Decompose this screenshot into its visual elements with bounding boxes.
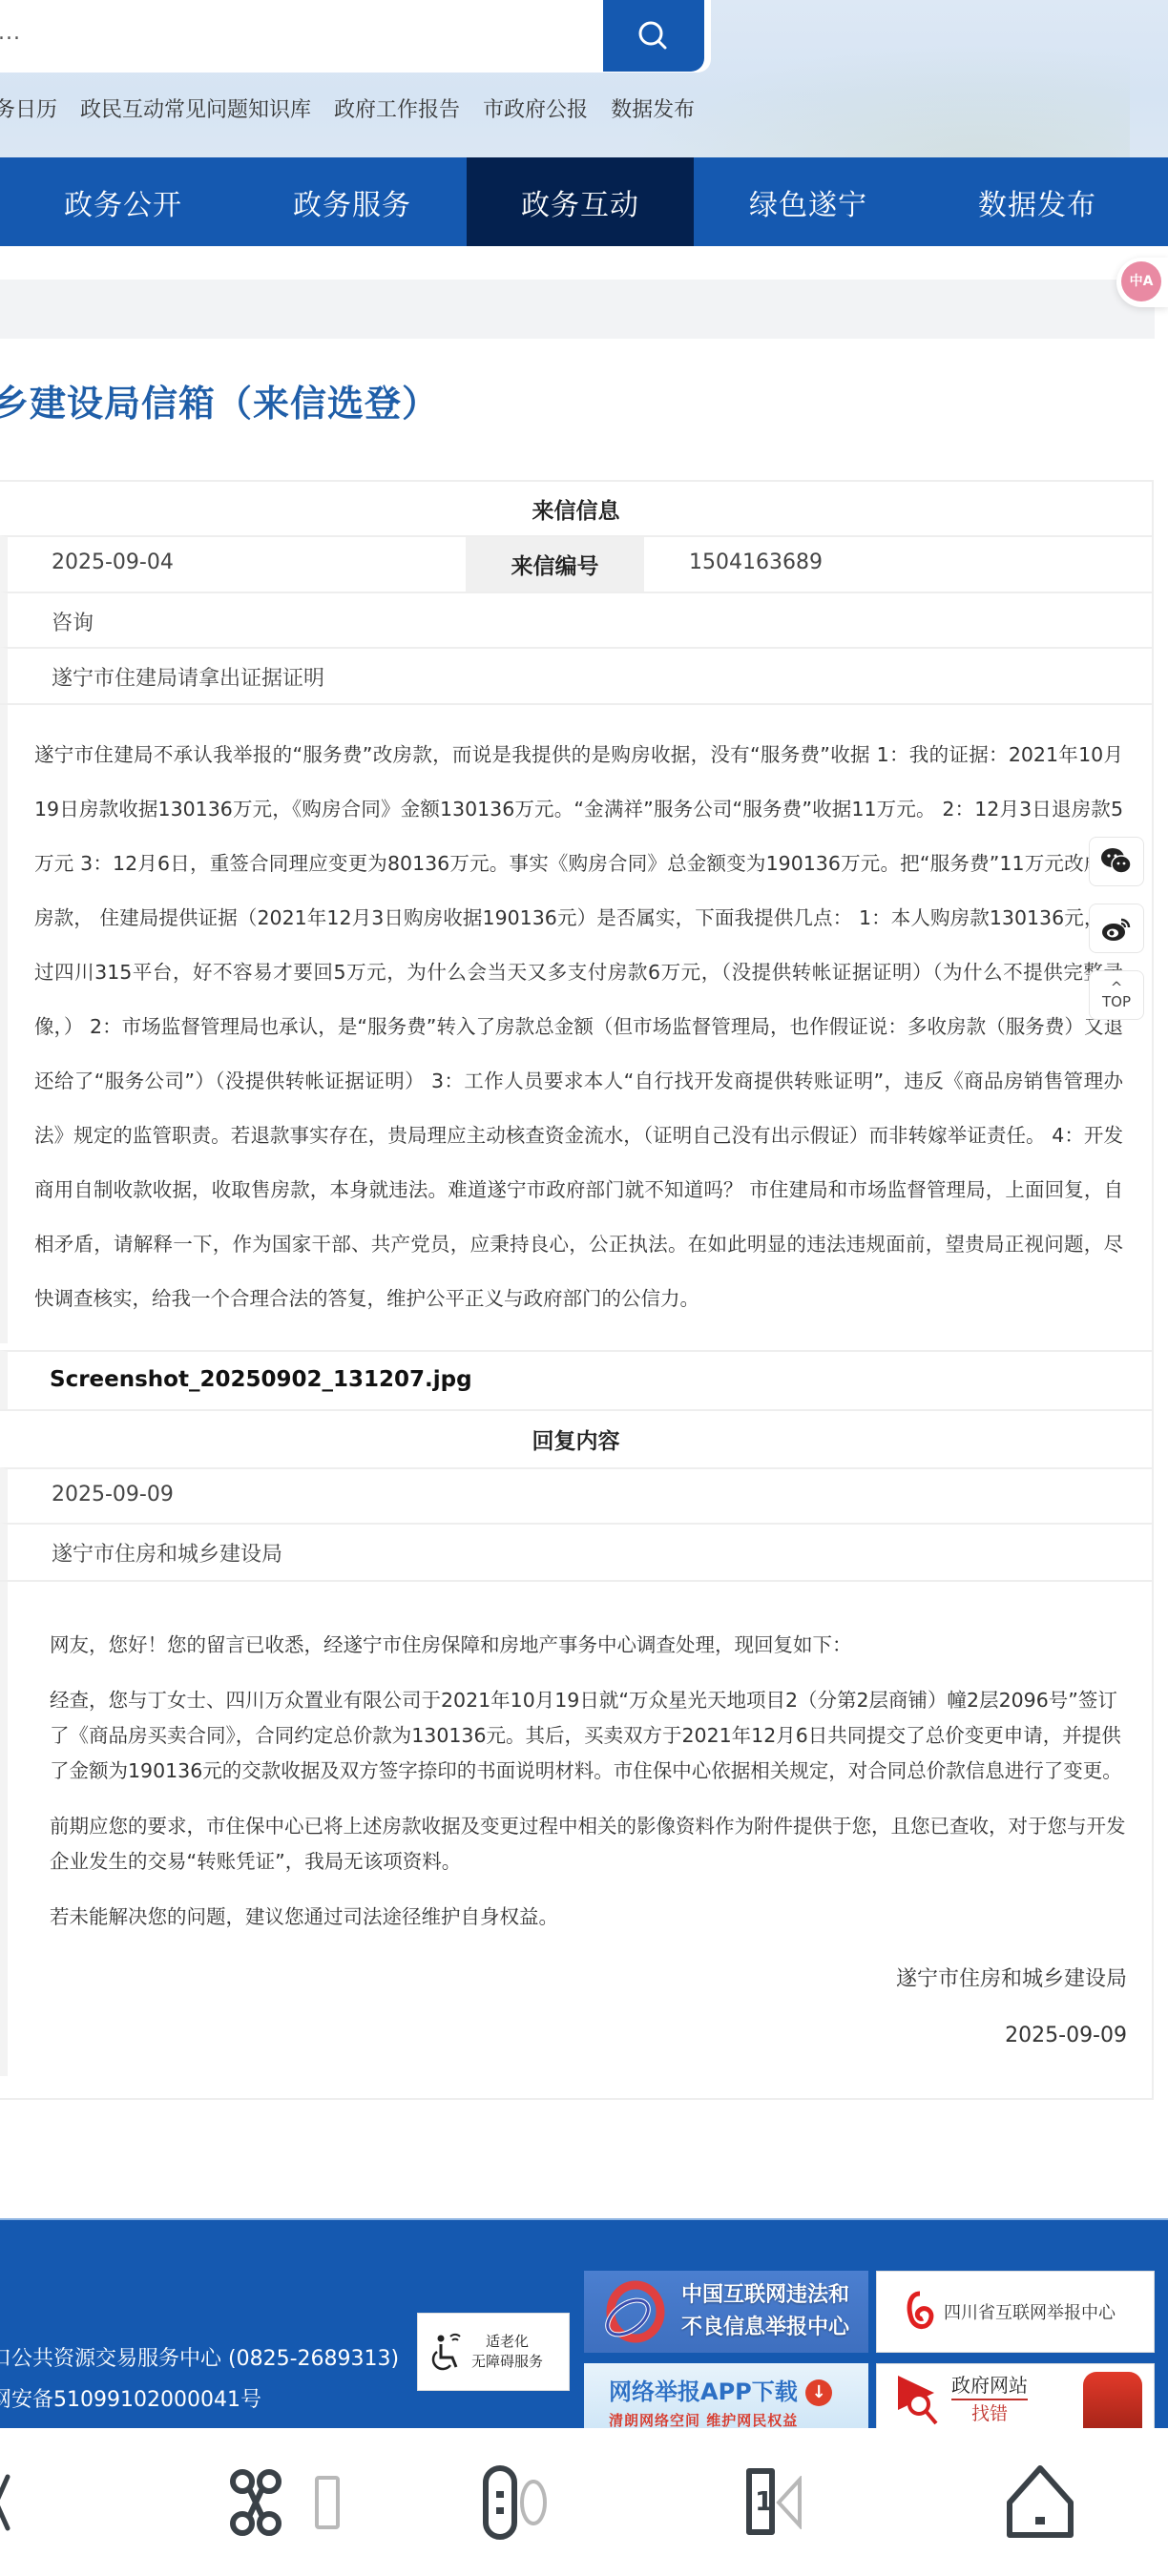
- sichuan-report-center-badge[interactable]: 四川省互联网举报中心: [876, 2271, 1155, 2353]
- letter-subject: 遂宁市住建局请拿出证据证明: [52, 662, 324, 692]
- footer-contact: 口公共资源交易服务中心 (0825-2689313): [0, 2342, 399, 2372]
- elder-accessibility-badge[interactable]: 适老化 无障碍服务: [417, 2313, 570, 2391]
- letter-content: 遂宁市住建局不承认我举报的“服务费”改房款，而说是我提供的是购房收据，没有“服务…: [0, 705, 1152, 1343]
- command-icon: [223, 2464, 357, 2541]
- share-wechat-button[interactable]: [1089, 837, 1144, 886]
- reply-section-header: 回复内容: [0, 1409, 1152, 1467]
- reply-date-row: 2025-09-09: [0, 1467, 1152, 1523]
- browser-bottom-bar: 1: [0, 2428, 1168, 2576]
- features-button[interactable]: [223, 2464, 357, 2541]
- home-button[interactable]: [1004, 2464, 1076, 2541]
- app-download-slogan: 清朗网络空间 维护网民权益: [609, 2410, 868, 2430]
- wheelchair-icon: [431, 2331, 464, 2373]
- letter-type-row: 咨询: [0, 592, 1152, 647]
- reply-org-row: 遂宁市住房和城乡建设局: [0, 1523, 1152, 1580]
- sichuan-report-label: 四川省互联网举报中心: [944, 2299, 1116, 2324]
- gov-site-title: 政府网站: [951, 2374, 1028, 2397]
- reply-paragraph: 经查，您与丁女士、四川万众置业有限公司于2021年10月19日就“万众星光天地项…: [50, 1683, 1127, 1789]
- reply-sign-date: 2025-09-09: [50, 2018, 1127, 2053]
- attachment-link[interactable]: Screenshot_20250902_131207.jpg: [50, 1367, 472, 1392]
- quick-link-calendar[interactable]: 务日历: [0, 93, 57, 123]
- letter-number-label: 来信编号: [466, 537, 644, 592]
- home-icon: [1004, 2464, 1076, 2541]
- chevron-left-icon: [0, 2469, 13, 2536]
- letter-subject-row: 遂宁市住建局请拿出证据证明: [0, 647, 1152, 703]
- page-title: 乡建设局信箱（来信选登）: [0, 374, 439, 426]
- china-report-line2: 不良信息举报中心: [681, 2312, 849, 2344]
- nav-tab-gov-service[interactable]: 政务服务: [238, 157, 467, 246]
- menu-button[interactable]: [482, 2464, 606, 2541]
- letter-content-row: 遂宁市住建局不承认我举报的“服务费”改房款，而说是我提供的是购房收据，没有“服务…: [0, 703, 1152, 1350]
- app-download-title: 网络举报APP下载: [609, 2379, 798, 2405]
- gov-site-error-report-badge[interactable]: 政府网站 找错 党政机关: [876, 2363, 1155, 2430]
- reply-content-row: 网友，您好！您的留言已收悉，经遂宁市住房保障和房地产事务中心调查处理，现回复如下…: [0, 1580, 1152, 2100]
- quick-link-gazette[interactable]: 市政府公报: [483, 93, 588, 123]
- triangle-back-icon: [775, 2476, 803, 2529]
- reply-paragraph: 网友，您好！您的留言已收悉，经遂宁市住房保障和房地产事务中心调查处理，现回复如下…: [50, 1628, 1127, 1663]
- reply-date: 2025-09-09: [52, 1483, 174, 1506]
- footer-icp: 网安备51099102000041号: [0, 2383, 261, 2413]
- report-app-download-badge[interactable]: 网络举报APP下载 ↓ 清朗网络空间 维护网民权益: [584, 2363, 868, 2430]
- nav-tab-green-suining[interactable]: 绿色遂宁: [694, 157, 923, 246]
- letter-table: 来信信息 2025-09-04 来信编号 1504163689 咨询 遂宁市住建…: [0, 480, 1154, 2100]
- weibo-icon: [1100, 914, 1133, 943]
- reply-content: 网友，您好！您的留言已收悉，经遂宁市住房保障和房地产事务中心调查处理，现回复如下…: [0, 1582, 1152, 2076]
- main-nav: 政务公开 政务服务 政务互动 绿色遂宁 数据发布: [0, 157, 1168, 246]
- magnifier-flag-icon: [896, 2372, 944, 2429]
- top-label: TOP: [1102, 995, 1131, 1009]
- reply-paragraph: 前期应您的要求，市住保中心已将上述房款收据及变更过程中相关的影像资料作为附件提供…: [50, 1809, 1127, 1880]
- china-report-line1: 中国互联网违法和: [681, 2279, 849, 2312]
- reply-org: 遂宁市住房和城乡建设局: [52, 1538, 282, 1568]
- nav-tab-gov-interaction[interactable]: 政务互动: [467, 157, 694, 246]
- gov-site-sub: 找错: [951, 2399, 1028, 2427]
- menu-icon: [482, 2464, 606, 2541]
- search-input[interactable]: ...: [0, 21, 21, 45]
- reply-section-title: 回复内容: [532, 1423, 620, 1455]
- letter-attachment-row: Screenshot_20250902_131207.jpg: [0, 1350, 1152, 1409]
- quick-link-faq[interactable]: 政民互动常见问题知识库: [80, 93, 311, 123]
- download-icon: ↓: [805, 2379, 832, 2406]
- letter-date: 2025-09-04: [52, 551, 174, 574]
- nav-tab-gov-open[interactable]: 政务公开: [9, 157, 238, 246]
- china-report-center-badge[interactable]: 中国互联网违法和 不良信息举报中心: [584, 2271, 868, 2353]
- reply-signature: 遂宁市住房和城乡建设局: [50, 1962, 1127, 1997]
- wechat-icon: [1100, 847, 1133, 876]
- elder-badge-line2: 无障碍服务: [471, 2352, 543, 2372]
- letter-number: 1504163689: [689, 551, 823, 574]
- footer: 口公共资源交易服务中心 (0825-2689313) 网安备5109910200…: [0, 2218, 1168, 2428]
- back-button[interactable]: [0, 2464, 13, 2541]
- letter-section-title: 来信信息: [532, 493, 620, 525]
- reply-paragraph: 若未能解决您的问题，建议您通过司法途径维护自身权益。: [50, 1900, 1127, 1935]
- back-to-top-button[interactable]: ^ TOP: [1089, 970, 1144, 1020]
- elder-badge-line1: 适老化: [471, 2332, 543, 2352]
- search-bar: ...: [0, 0, 711, 73]
- tabs-button[interactable]: 1: [746, 2464, 870, 2541]
- quick-link-data[interactable]: 数据发布: [611, 93, 695, 123]
- tab-count: 1: [755, 2485, 773, 2517]
- quick-links: 务日历 政民互动常见问题知识库 政府工作报告 市政府公报 数据发布: [0, 93, 718, 123]
- nav-tab-data-release[interactable]: 数据发布: [923, 157, 1152, 246]
- translate-icon: 中A: [1121, 261, 1161, 301]
- letter-type: 咨询: [52, 607, 94, 636]
- search-icon: [635, 17, 673, 55]
- share-weibo-button[interactable]: [1089, 904, 1144, 953]
- breadcrumb: [0, 280, 1155, 339]
- search-button[interactable]: [603, 0, 704, 72]
- sichuan-report-logo-icon: [906, 2290, 934, 2334]
- letter-section-header: 来信信息: [0, 480, 1152, 535]
- quick-link-work-report[interactable]: 政府工作报告: [334, 93, 460, 123]
- party-gov-emblem: 党政机关: [1083, 2372, 1142, 2430]
- translate-button[interactable]: 中A: [1116, 258, 1168, 307]
- china-report-logo-icon: [595, 2274, 672, 2350]
- letter-date-row: 2025-09-04 来信编号 1504163689: [0, 535, 1152, 592]
